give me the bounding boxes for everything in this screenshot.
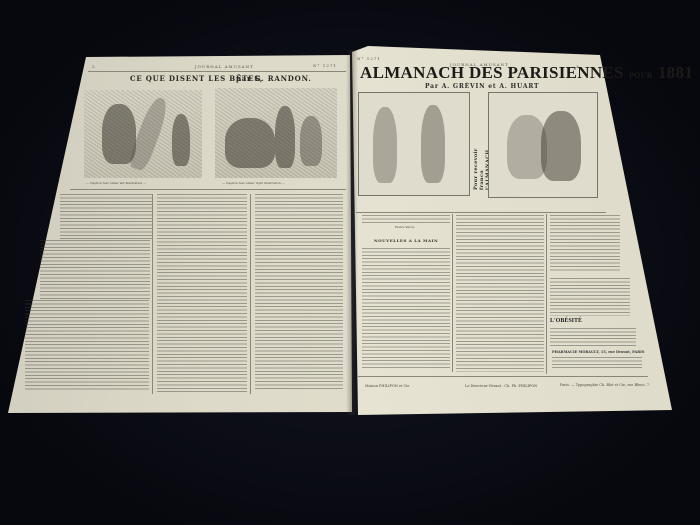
right-column-2-text	[456, 215, 544, 372]
left-page-byline: par G. RANDON.	[236, 74, 312, 83]
left-running-head: JOURNAL AMUSANT	[195, 64, 254, 69]
ad-text-block-3	[552, 357, 642, 369]
right-column-divider-2	[546, 214, 547, 374]
left-illustration-caption: — Caption text under left illustration —	[86, 181, 146, 185]
photo-scene: 2 JOURNAL AMUSANT N° 1271 CE QUE DISENT …	[0, 0, 700, 525]
right-column-3-text	[550, 215, 620, 273]
seated-man-figure	[541, 111, 581, 181]
left-body-rule	[70, 189, 346, 190]
footer-printer: Paris. — Typographie Ch. Blot et Cie, ru…	[560, 383, 650, 387]
ad-pharmacie: PHARMACIE MORAULT, 15, rue Drouot, PARIS	[552, 350, 644, 354]
right-issue-number: N° 1271	[357, 56, 381, 61]
illustration-bear-and-man	[84, 90, 202, 178]
left-column-divider-2	[250, 194, 251, 394]
illustration-couple-left	[358, 92, 470, 196]
right-column-divider-1	[452, 214, 453, 372]
signature-text: Pierre Véron.	[395, 225, 415, 229]
left-column-1-text	[60, 194, 152, 239]
ad-obesite: L'OBÉSITÉ	[550, 318, 582, 324]
right-body-rule	[356, 212, 606, 213]
left-page-number: 2	[92, 64, 96, 69]
man-figure	[172, 114, 190, 166]
left-column-divider-1	[152, 194, 153, 394]
left-issue-number: N° 1271	[313, 63, 337, 68]
woman-figure	[373, 107, 397, 183]
left-column-2-text	[157, 194, 247, 394]
right-column-1-text	[362, 248, 450, 370]
right-column-1-text-top	[362, 215, 450, 223]
left-column-1-text-bottom	[25, 300, 149, 392]
man-figure	[421, 105, 445, 183]
dog-figure	[300, 116, 322, 166]
left-column-3-text	[255, 194, 343, 390]
ad-text-block	[550, 278, 630, 316]
vertical-ad-strip: Pour recevoir franco l'ALMANACH DES PARI…	[470, 92, 484, 192]
section-heading: NOUVELLES A LA MAIN	[374, 238, 438, 243]
page-gutter	[346, 50, 358, 415]
ad-text-block-2	[550, 328, 636, 348]
right-footer-rule	[358, 376, 648, 377]
right-illustration-caption: — Caption text under right illustration …	[222, 181, 285, 185]
left-column-1-text-middle	[40, 240, 150, 300]
footer-publisher: Maison PHILIPON et Cie	[365, 384, 409, 388]
almanach-title-pour: POUR	[629, 71, 653, 80]
right-page-byline: Par A. GRÉVIN et A. HUART	[425, 83, 539, 90]
hunter-figure	[275, 106, 295, 168]
illustration-couple-right	[488, 92, 598, 198]
almanach-title-year: 1881	[658, 63, 693, 82]
almanach-title-main: ALMANACH DES PARISIENNES	[360, 63, 624, 82]
left-header-rule	[88, 71, 346, 72]
footer-director: Le Directeur-Gérant : Ch. Ph. PHILIPON	[465, 384, 537, 388]
illustration-wolf-and-hunter	[215, 88, 337, 178]
right-page-title: ALMANACH DES PARISIENNES POUR 1881	[360, 63, 693, 83]
wolf-figure	[225, 118, 275, 168]
